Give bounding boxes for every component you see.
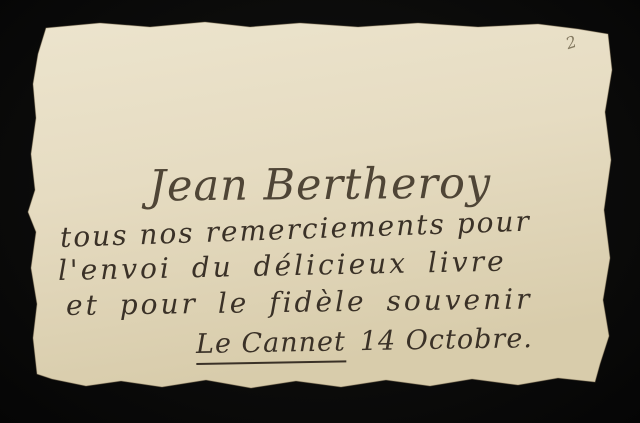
photo-of-card: 2 Jean Bertheroy tous nos remerciements … [0, 0, 640, 423]
card-outline [28, 22, 612, 388]
torn-paper-card [0, 0, 640, 423]
